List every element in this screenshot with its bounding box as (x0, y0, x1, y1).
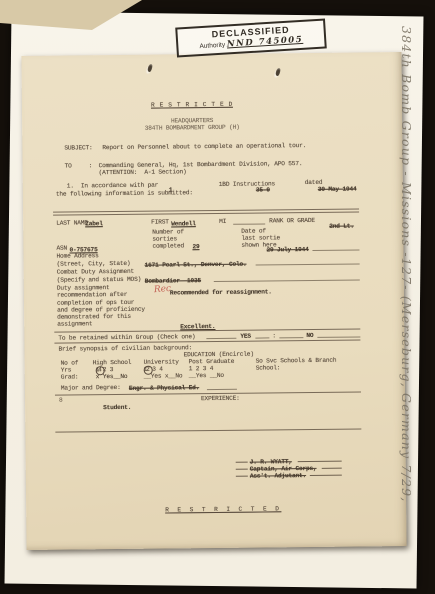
stray-mark: 8 (59, 397, 63, 404)
asn-label: ASN (56, 245, 67, 252)
signature-dash (236, 469, 248, 470)
signature-dash (236, 462, 248, 463)
first-name-label: FIRST (151, 218, 169, 225)
signature-dash (236, 476, 248, 477)
home-address-value: 1671 Pearl St., Denver, Colo. (145, 261, 247, 269)
classification-bottom: R E S T R I C T E D (165, 505, 281, 513)
sorties-label-3: completed (152, 242, 184, 249)
blank-line (256, 263, 360, 265)
blank-line (214, 279, 360, 282)
divider (54, 328, 360, 332)
combat-duty-label-1: Combat Duty Assignment (57, 268, 134, 276)
first-name-value: Wendell (171, 220, 196, 227)
sorties-value: 29 (192, 243, 199, 250)
education-row-label-3: Grad: (61, 373, 79, 380)
blank-line (279, 337, 303, 338)
grad-university: __Yes x__No (144, 372, 183, 379)
major-value: Engr. & Physical Ed. (129, 384, 199, 392)
attention-line: (ATTENTION: A-1 Section) (99, 168, 187, 176)
home-address-label-1: Home Address (56, 252, 98, 259)
retained-yes: YES (240, 333, 251, 340)
to-label: TO (65, 162, 72, 169)
paragraph-2: the following information is submitted: (56, 189, 193, 197)
subject-text: Report on Personnel about to complete an… (102, 142, 306, 151)
unit-line: 384TH BOMBARDMENT GROUP (H) (112, 123, 272, 132)
retained-no: NO (306, 332, 313, 339)
duty-label-2: recommendation after (57, 291, 127, 299)
red-handwriting: Rec (154, 284, 172, 295)
combat-duty-value: Bombardier 1035 (145, 277, 201, 285)
margin-annotation: 384th Bomb Group - Missions -127- (Merse… (399, 26, 414, 566)
synopsis-label: Brief synopsis of civilian background: (58, 344, 192, 352)
rank-label: RANK OR GRADE (269, 217, 315, 224)
blank-line (255, 337, 269, 338)
dated-value: 30 May 1944 (318, 186, 357, 193)
signature-dash (298, 461, 342, 462)
instructions-number: 35-9 (256, 186, 270, 193)
blank-line (207, 389, 237, 390)
signature-title-2: Ass't. Adjutant. (250, 472, 306, 480)
to-separator: : (89, 162, 93, 169)
blank-line (317, 336, 360, 337)
signature-dash (310, 475, 342, 476)
classification-top: R E S T R I C T E D (127, 101, 257, 109)
blank-line (312, 249, 359, 250)
home-address-label-2: (Street, City, State) (57, 260, 131, 268)
retained-label: To be retained within Group (Check one) (58, 333, 195, 341)
school-label: School: (256, 364, 281, 371)
middle-initial-label: MI (219, 218, 226, 225)
blank-line (233, 223, 265, 224)
last-name-value: Zabel (85, 220, 103, 227)
experience-label: EXPERIENCE: (201, 395, 240, 402)
duty-label-6: assignment (57, 320, 92, 327)
subject-label: SUBJECT: (64, 144, 92, 151)
signature-dash (322, 468, 342, 469)
to-text: Commanding General, Hq, 1st Bombardment … (99, 160, 303, 169)
service-schools-header: So Svc Schools & Branch (256, 357, 337, 365)
grad-highschool: x Yes__No (96, 373, 128, 380)
retained-separator: : (272, 332, 276, 339)
blank-line (206, 338, 236, 339)
last-sortie-value: 29 July 1944 (266, 246, 308, 253)
univ-years-pre: 1 (144, 366, 148, 373)
divider (55, 428, 361, 432)
duty-label-5: demonstrated for this (57, 313, 131, 321)
last-name-label: LAST NAME (56, 219, 88, 226)
duty-recommendation-typed: Recommended for reassignment. (170, 288, 272, 296)
authority-label: Authority (199, 42, 225, 51)
grad-postgraduate: __Yes __No (189, 372, 224, 379)
rank-value: 2nd Lt. (329, 223, 354, 230)
experience-value: Student. (103, 404, 131, 411)
combat-duty-label-2: (Specify and status MOS) (57, 276, 141, 284)
major-label: Major and Degree: (61, 384, 121, 392)
document-page: R E S T R I C T E D HEADQUARTERS 384TH B… (21, 52, 406, 550)
paragraph-1a: 1. In accordance with par (67, 182, 158, 190)
scanned-document-photo: R E S T R I C T E D HEADQUARTERS 384TH B… (0, 0, 435, 594)
